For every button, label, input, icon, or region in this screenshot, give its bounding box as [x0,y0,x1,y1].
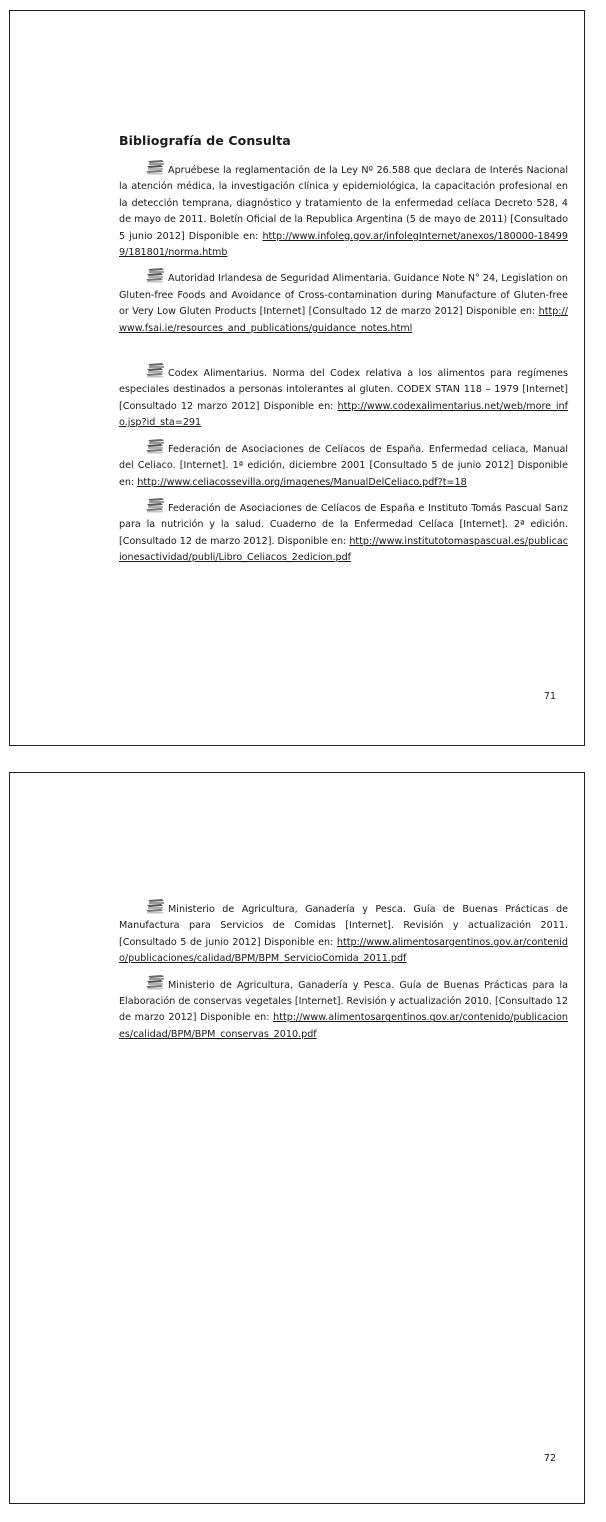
document-page-71: Bibliografía de Consulta Apruébese la re… [9,10,585,746]
page-content: Ministerio de Agricultura, Ganadería y P… [119,898,568,1049]
reference-item: Federación de Asociaciones de Celíacos d… [119,497,568,567]
page-content: Bibliografía de Consulta Apruébese la re… [119,133,568,573]
reference-item: Codex Alimentarius. Norma del Codex rela… [119,362,568,432]
reference-item: Federación de Asociaciones de Celíacos d… [119,438,568,491]
reference-item: Autoridad Irlandesa de Seguridad Aliment… [119,267,568,337]
books-icon [145,438,167,454]
reference-item: Apruébese la reglamentación de la Ley Nº… [119,159,568,261]
reference-text: Autoridad Irlandesa de Seguridad Aliment… [119,273,568,317]
books-icon [145,267,167,283]
document-page-72: Ministerio de Agricultura, Ganadería y P… [9,772,585,1504]
books-icon [145,974,167,990]
books-icon [145,362,167,378]
reference-link[interactable]: http://www.celiacossevilla.org/imagenes/… [137,477,467,488]
books-icon [145,497,167,513]
reference-item: Ministerio de Agricultura, Ganadería y P… [119,898,568,968]
page-number: 72 [544,1453,556,1464]
section-heading: Bibliografía de Consulta [119,133,568,148]
books-icon [145,159,167,175]
books-icon [145,898,167,914]
reference-item: Ministerio de Agricultura, Ganadería y P… [119,974,568,1044]
page-number: 71 [544,691,556,702]
